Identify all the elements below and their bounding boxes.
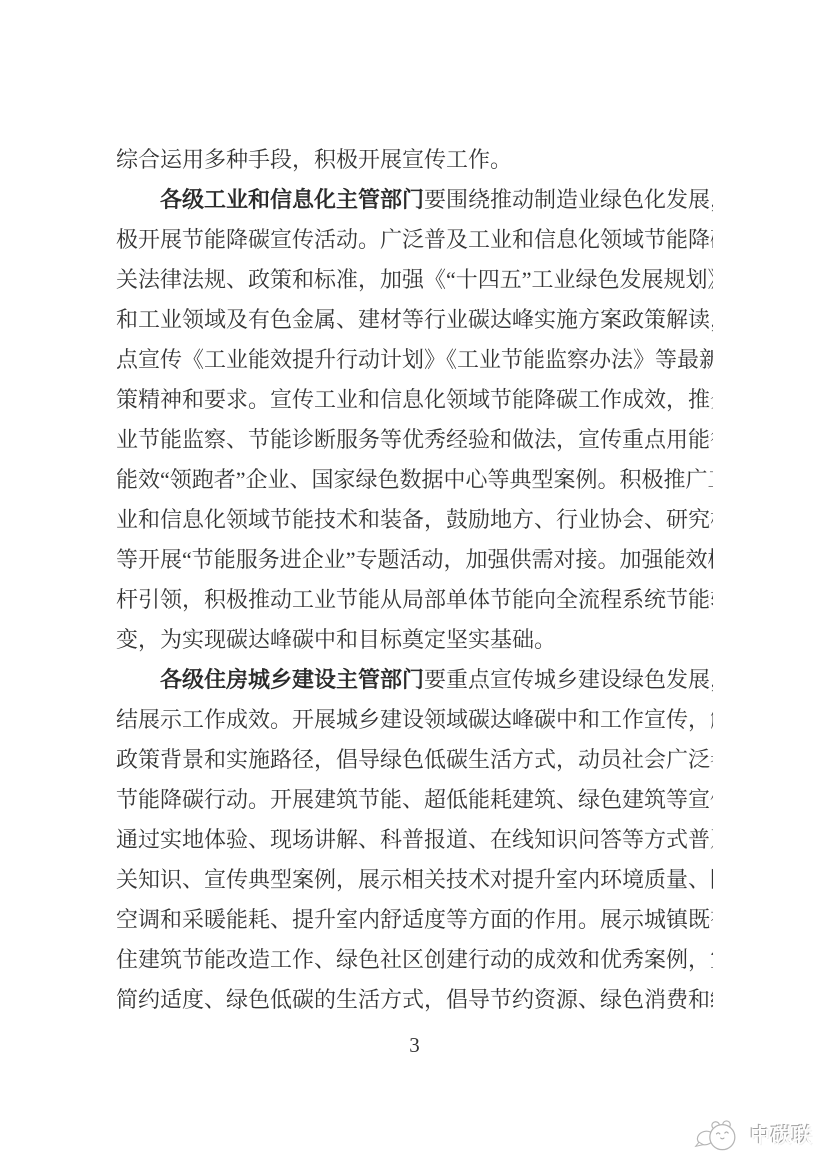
- text-line: 点宣传《工业能效提升行动计划》《工业节能监察办法》等最新政: [116, 340, 713, 380]
- document-page: 综合运用多种手段，积极开展宣传工作。各级工业和信息化主管部门要围绕推动制造业绿色…: [0, 0, 826, 1169]
- text-line: 各级住房城乡建设主管部门要重点宣传城乡建设绿色发展，总: [116, 660, 713, 700]
- text-line: 住建筑节能改造工作、绿色社区创建行动的成效和优秀案例，宣传: [116, 940, 713, 980]
- text-line: 关法律法规、政策和标准，加强《“十四五”工业绿色发展规划》: [116, 260, 713, 300]
- text-line: 极开展节能降碳宣传活动。广泛普及工业和信息化领域节能降碳相: [116, 220, 713, 260]
- text-line: 杆引领，积极推动工业节能从局部单体节能向全流程系统节能转: [116, 580, 713, 620]
- watermark: 中碳联: [694, 1112, 813, 1154]
- text-line: 各级工业和信息化主管部门要围绕推动制造业绿色化发展，积: [116, 180, 713, 220]
- text-line: 通过实地体验、现场讲解、科普报道、在线知识问答等方式普及有: [116, 820, 713, 860]
- text-line: 节能降碳行动。开展建筑节能、超低能耗建筑、绿色建筑等宣传，: [116, 780, 713, 820]
- page-number: 3: [116, 1030, 713, 1060]
- text-line: 业节能监察、节能诊断服务等优秀经验和做法，宣传重点用能行业: [116, 420, 713, 460]
- text-line: 能效“领跑者”企业、国家绿色数据中心等典型案例。积极推广工: [116, 460, 713, 500]
- text-line: 等开展“节能服务进企业”专题活动，加强供需对接。加强能效标: [116, 540, 713, 580]
- text-line: 综合运用多种手段，积极开展宣传工作。: [116, 140, 713, 180]
- text-line: 空调和采暖能耗、提升室内舒适度等方面的作用。展示城镇既有居: [116, 900, 713, 940]
- paragraph-lead: 各级工业和信息化主管部门: [160, 187, 424, 212]
- text-line: 变，为实现碳达峰碳中和目标奠定坚实基础。: [116, 620, 713, 660]
- text-line: 业和信息化领域节能技术和装备，鼓励地方、行业协会、研究机构: [116, 500, 713, 540]
- mascot-icon: [694, 1112, 744, 1154]
- text-line: 关知识、宣传典型案例，展示相关技术对提升室内环境质量、降低: [116, 860, 713, 900]
- paragraph-lead: 各级住房城乡建设主管部门: [160, 667, 424, 692]
- watermark-text: 中碳联: [750, 1119, 813, 1148]
- text-line: 政策背景和实施路径，倡导绿色低碳生活方式，动员社会广泛参与: [116, 740, 713, 780]
- text-line: 和工业领域及有色金属、建材等行业碳达峰实施方案政策解读，重: [116, 300, 713, 340]
- text-line: 结展示工作成效。开展城乡建设领域碳达峰碳中和工作宣传，解读: [116, 700, 713, 740]
- text-body: 综合运用多种手段，积极开展宣传工作。各级工业和信息化主管部门要围绕推动制造业绿色…: [116, 140, 713, 1020]
- text-line: 简约适度、绿色低碳的生活方式，倡导节约资源、绿色消费和绿色: [116, 980, 713, 1020]
- text-line: 策精神和要求。宣传工业和信息化领域节能降碳工作成效，推介工: [116, 380, 713, 420]
